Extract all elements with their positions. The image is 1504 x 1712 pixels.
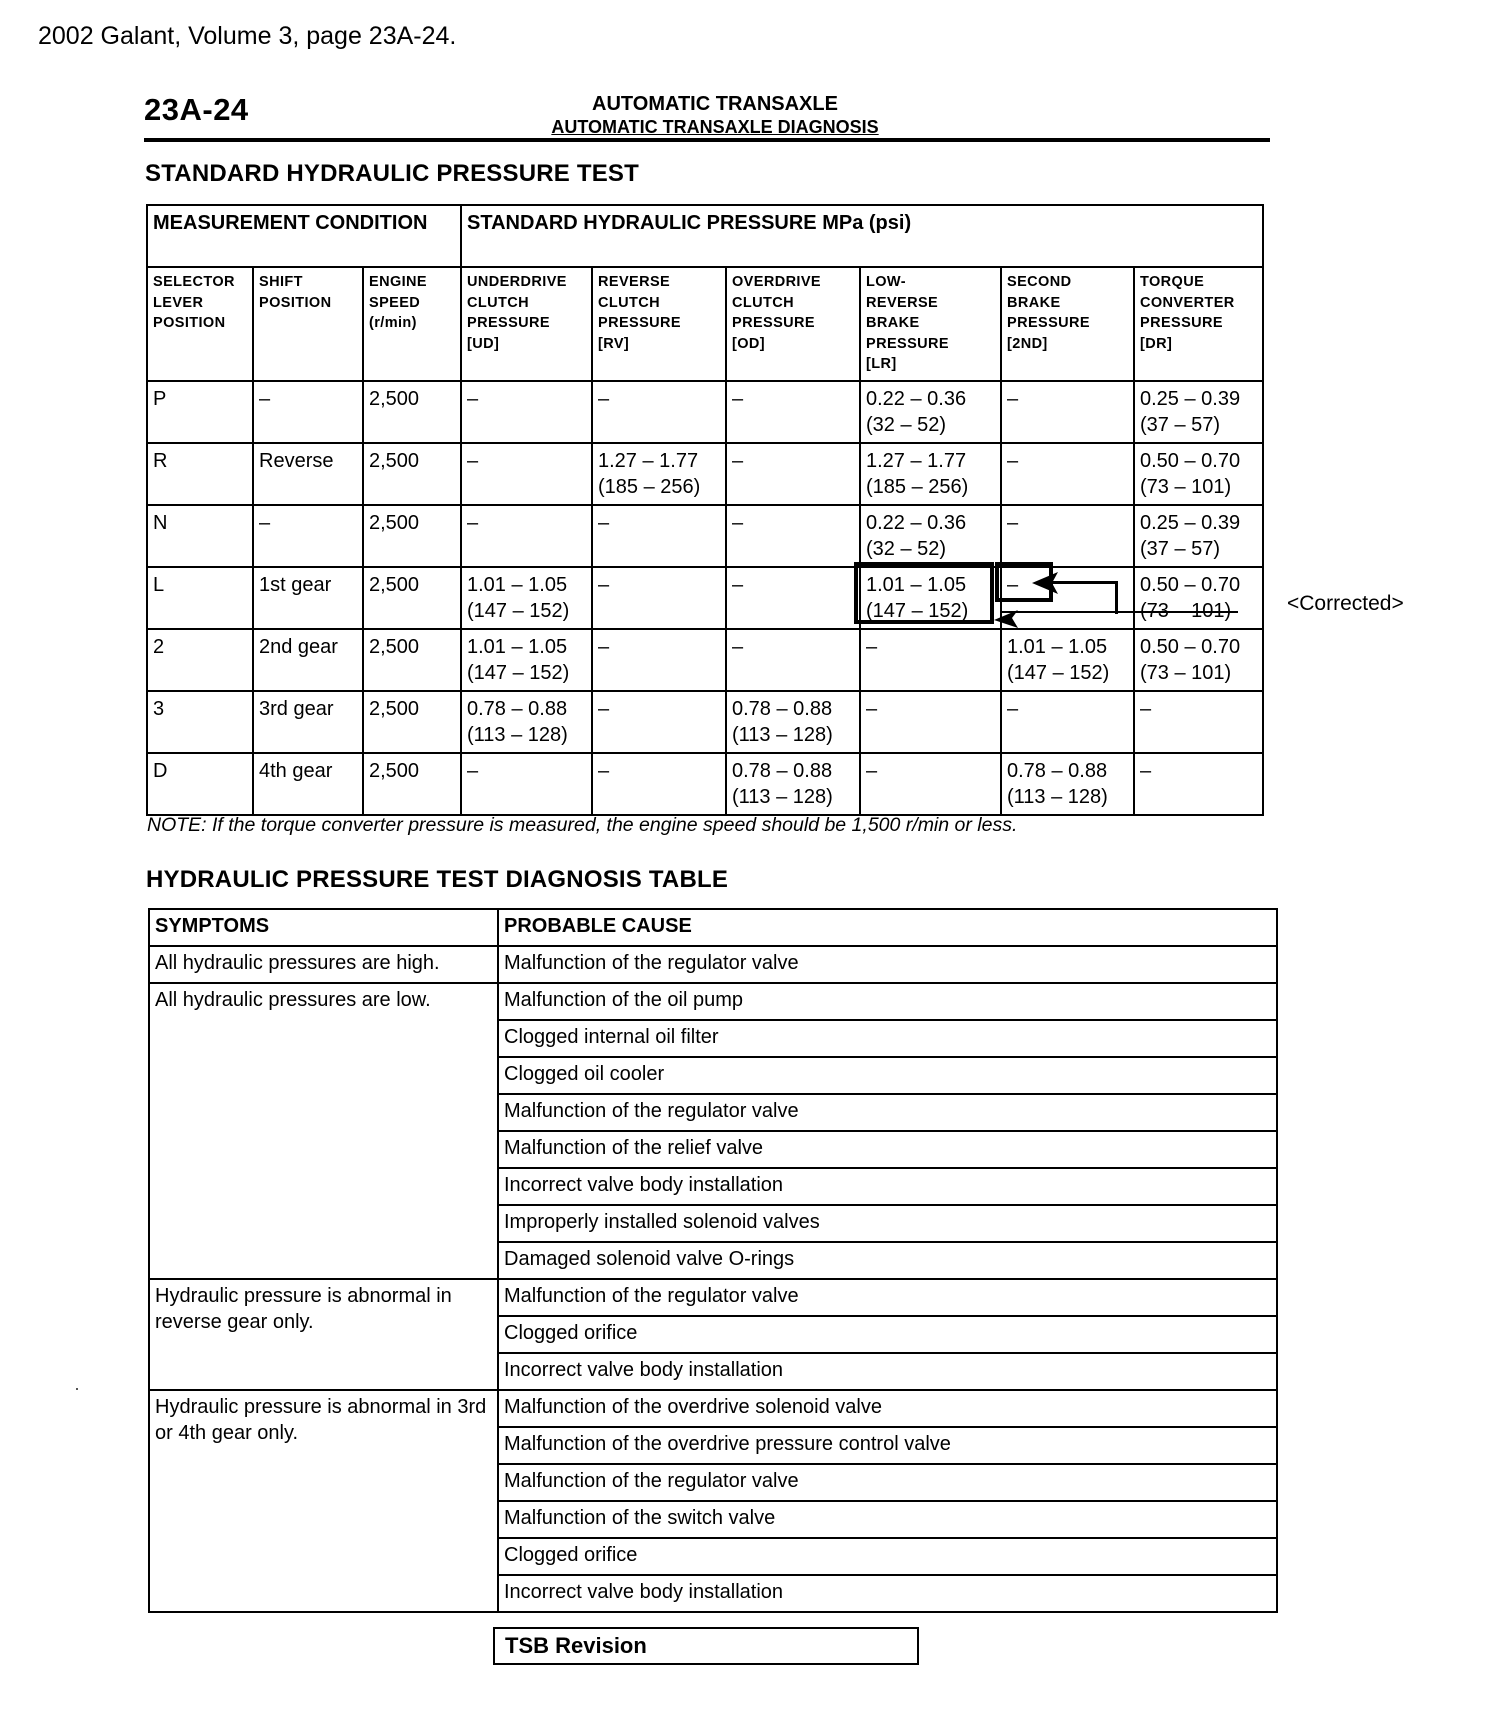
torque-converter-note: NOTE: If the torque converter pressure i… <box>147 814 1017 837</box>
table-cell: 2,500 <box>363 691 461 753</box>
cause-cell: Malfunction of the overdrive pressure co… <box>498 1427 1277 1464</box>
table-cell: – <box>726 443 860 505</box>
column-header: TORQUECONVERTERPRESSURE[DR] <box>1134 267 1263 381</box>
table-cell: – <box>461 753 592 815</box>
cause-cell: Malfunction of the regulator valve <box>498 1464 1277 1501</box>
table-cell: 0.22 – 0.36(32 – 52) <box>860 381 1001 443</box>
subsection-title: AUTOMATIC TRANSAXLE DIAGNOSIS <box>520 116 910 138</box>
column-header: UNDERDRIVECLUTCHPRESSURE[UD] <box>461 267 592 381</box>
table-row: All hydraulic pressures are low.Malfunct… <box>149 983 1277 1020</box>
table-row: All hydraulic pressures are high.Malfunc… <box>149 946 1277 983</box>
table-cell: – <box>726 505 860 567</box>
table-cell: – <box>461 505 592 567</box>
table-cell: – <box>592 567 726 629</box>
table-cell: 2,500 <box>363 629 461 691</box>
cause-cell: Incorrect valve body installation <box>498 1575 1277 1612</box>
table-row: P–2,500–––0.22 – 0.36(32 – 52)–0.25 – 0.… <box>147 381 1263 443</box>
diagnosis-table: SYMPTOMS PROBABLE CAUSE All hydraulic pr… <box>148 908 1278 1613</box>
arrow-down-left-icon <box>992 606 1020 630</box>
table-row: D4th gear2,500––0.78 – 0.88(113 – 128)–0… <box>147 753 1263 815</box>
table-row: RReverse2,500–1.27 – 1.77(185 – 256)–1.2… <box>147 443 1263 505</box>
table-cell: – <box>1134 691 1263 753</box>
tsb-revision-box: TSB Revision <box>493 1627 919 1665</box>
table-cell: – <box>461 381 592 443</box>
table-cell: – <box>1001 443 1134 505</box>
cause-cell: Malfunction of the oil pump <box>498 983 1277 1020</box>
table-cell: – <box>592 753 726 815</box>
table-cell: – <box>726 629 860 691</box>
scan-speck <box>76 1388 78 1390</box>
cause-cell: Clogged orifice <box>498 1316 1277 1353</box>
cause-cell: Clogged internal oil filter <box>498 1020 1277 1057</box>
table-cell: 1.01 – 1.05(147 – 152) <box>461 567 592 629</box>
table-cell: – <box>726 381 860 443</box>
table-cell: 0.78 – 0.88(113 – 128) <box>461 691 592 753</box>
cause-cell: Malfunction of the overdrive solenoid va… <box>498 1390 1277 1427</box>
table-cell: D <box>147 753 253 815</box>
table-row: N–2,500–––0.22 – 0.36(32 – 52)–0.25 – 0.… <box>147 505 1263 567</box>
document-caption: 2002 Galant, Volume 3, page 23A-24. <box>38 22 456 51</box>
header-rule <box>144 138 1270 142</box>
table-cell: 1.01 – 1.05(147 – 152) <box>461 629 592 691</box>
table-cell: – <box>592 381 726 443</box>
column-header: REVERSECLUTCHPRESSURE[RV] <box>592 267 726 381</box>
probable-cause-header: PROBABLE CAUSE <box>498 909 1277 946</box>
diagnosis-table-title: HYDRAULIC PRESSURE TEST DIAGNOSIS TABLE <box>146 866 728 894</box>
table-cell: 1.01 – 1.05(147 – 152) <box>1001 629 1134 691</box>
table-cell: 0.22 – 0.36(32 – 52) <box>860 505 1001 567</box>
cause-cell: Malfunction of the relief valve <box>498 1131 1277 1168</box>
arrow-left-icon <box>1030 570 1060 596</box>
table-cell: – <box>1001 381 1134 443</box>
table-row: Hydraulic pressure is abnormal in 3rd or… <box>149 1390 1277 1427</box>
column-header-row: SELECTORLEVERPOSITIONSHIFTPOSITIONENGINE… <box>147 267 1263 381</box>
table-row: L1st gear2,5001.01 – 1.05(147 – 152)––1.… <box>147 567 1263 629</box>
table-cell: 2 <box>147 629 253 691</box>
cause-cell: Malfunction of the switch valve <box>498 1501 1277 1538</box>
symptoms-header: SYMPTOMS <box>149 909 498 946</box>
table-cell: 3rd gear <box>253 691 363 753</box>
column-header: SHIFTPOSITION <box>253 267 363 381</box>
symptom-cell: All hydraulic pressures are high. <box>149 946 498 983</box>
column-header: SELECTORLEVERPOSITION <box>147 267 253 381</box>
table-cell: 0.25 – 0.39(37 – 57) <box>1134 381 1263 443</box>
table-cell: 2,500 <box>363 443 461 505</box>
symptom-cell: Hydraulic pressure is abnormal in 3rd or… <box>149 1390 498 1612</box>
table-cell: 1.27 – 1.77(185 – 256) <box>860 443 1001 505</box>
cause-cell: Malfunction of the regulator valve <box>498 1279 1277 1316</box>
cause-cell: Clogged oil cooler <box>498 1057 1277 1094</box>
correction-highlight-lr <box>854 562 994 624</box>
cause-cell: Malfunction of the regulator valve <box>498 1094 1277 1131</box>
table-cell: Reverse <box>253 443 363 505</box>
symptom-cell: All hydraulic pressures are low. <box>149 983 498 1279</box>
table-cell: 0.78 – 0.88(113 – 128) <box>1001 753 1134 815</box>
column-header: ENGINESPEED(r/min) <box>363 267 461 381</box>
section-title: AUTOMATIC TRANSAXLE <box>520 92 910 116</box>
cause-cell: Damaged solenoid valve O-rings <box>498 1242 1277 1279</box>
table-cell: 0.50 – 0.70(73 – 101) <box>1134 629 1263 691</box>
table-cell: 0.50 – 0.70(73 – 101) <box>1134 443 1263 505</box>
table-cell: P <box>147 381 253 443</box>
table-cell: – <box>592 691 726 753</box>
table-cell: 2,500 <box>363 567 461 629</box>
table-cell: 2,500 <box>363 505 461 567</box>
column-header: OVERDRIVECLUTCHPRESSURE[OD] <box>726 267 860 381</box>
table-cell: 2nd gear <box>253 629 363 691</box>
table-cell: – <box>860 691 1001 753</box>
table-cell: – <box>860 629 1001 691</box>
table-cell: 3 <box>147 691 253 753</box>
table-cell: R <box>147 443 253 505</box>
table-cell: – <box>1001 505 1134 567</box>
table-cell: 0.78 – 0.88(113 – 128) <box>726 691 860 753</box>
table-cell: 4th gear <box>253 753 363 815</box>
table-cell: – <box>1134 753 1263 815</box>
table-cell: – <box>860 753 1001 815</box>
table-cell: 1.27 – 1.77(185 – 256) <box>592 443 726 505</box>
table-cell: – <box>253 381 363 443</box>
table-cell: 0.78 – 0.88(113 – 128) <box>726 753 860 815</box>
symptom-cell: Hydraulic pressure is abnormal in revers… <box>149 1279 498 1390</box>
cause-cell: Clogged orifice <box>498 1538 1277 1575</box>
table-cell: 2,500 <box>363 381 461 443</box>
standard-pressure-header: STANDARD HYDRAULIC PRESSURE MPa (psi) <box>461 205 1263 267</box>
table-cell: – <box>1001 691 1134 753</box>
table-cell: 1st gear <box>253 567 363 629</box>
table-row: 33rd gear2,5000.78 – 0.88(113 – 128)–0.7… <box>147 691 1263 753</box>
table-cell: – <box>592 505 726 567</box>
table-cell: 2,500 <box>363 753 461 815</box>
table-cell: – <box>726 567 860 629</box>
pressure-test-title: STANDARD HYDRAULIC PRESSURE TEST <box>145 160 639 188</box>
cause-cell: Incorrect valve body installation <box>498 1353 1277 1390</box>
page-number: 23A-24 <box>144 92 249 128</box>
table-cell: N <box>147 505 253 567</box>
measurement-condition-header: MEASUREMENT CONDITION <box>147 205 461 267</box>
cause-cell: Improperly installed solenoid valves <box>498 1205 1277 1242</box>
column-header: LOW-REVERSEBRAKEPRESSURE[LR] <box>860 267 1001 381</box>
table-row: Hydraulic pressure is abnormal in revers… <box>149 1279 1277 1316</box>
column-header: SECONDBRAKEPRESSURE[2ND] <box>1001 267 1134 381</box>
table-cell: L <box>147 567 253 629</box>
standard-pressure-table: MEASUREMENT CONDITION STANDARD HYDRAULIC… <box>146 204 1264 816</box>
table-cell: 0.25 – 0.39(37 – 57) <box>1134 505 1263 567</box>
cause-cell: Malfunction of the regulator valve <box>498 946 1277 983</box>
table-cell: – <box>461 443 592 505</box>
corrected-label: <Corrected> <box>1287 592 1404 616</box>
table-cell: – <box>592 629 726 691</box>
table-cell: 0.50 – 0.70(73 – 101) <box>1134 567 1263 629</box>
table-cell: – <box>253 505 363 567</box>
cause-cell: Incorrect valve body installation <box>498 1168 1277 1205</box>
table-row: 22nd gear2,5001.01 – 1.05(147 – 152)–––1… <box>147 629 1263 691</box>
